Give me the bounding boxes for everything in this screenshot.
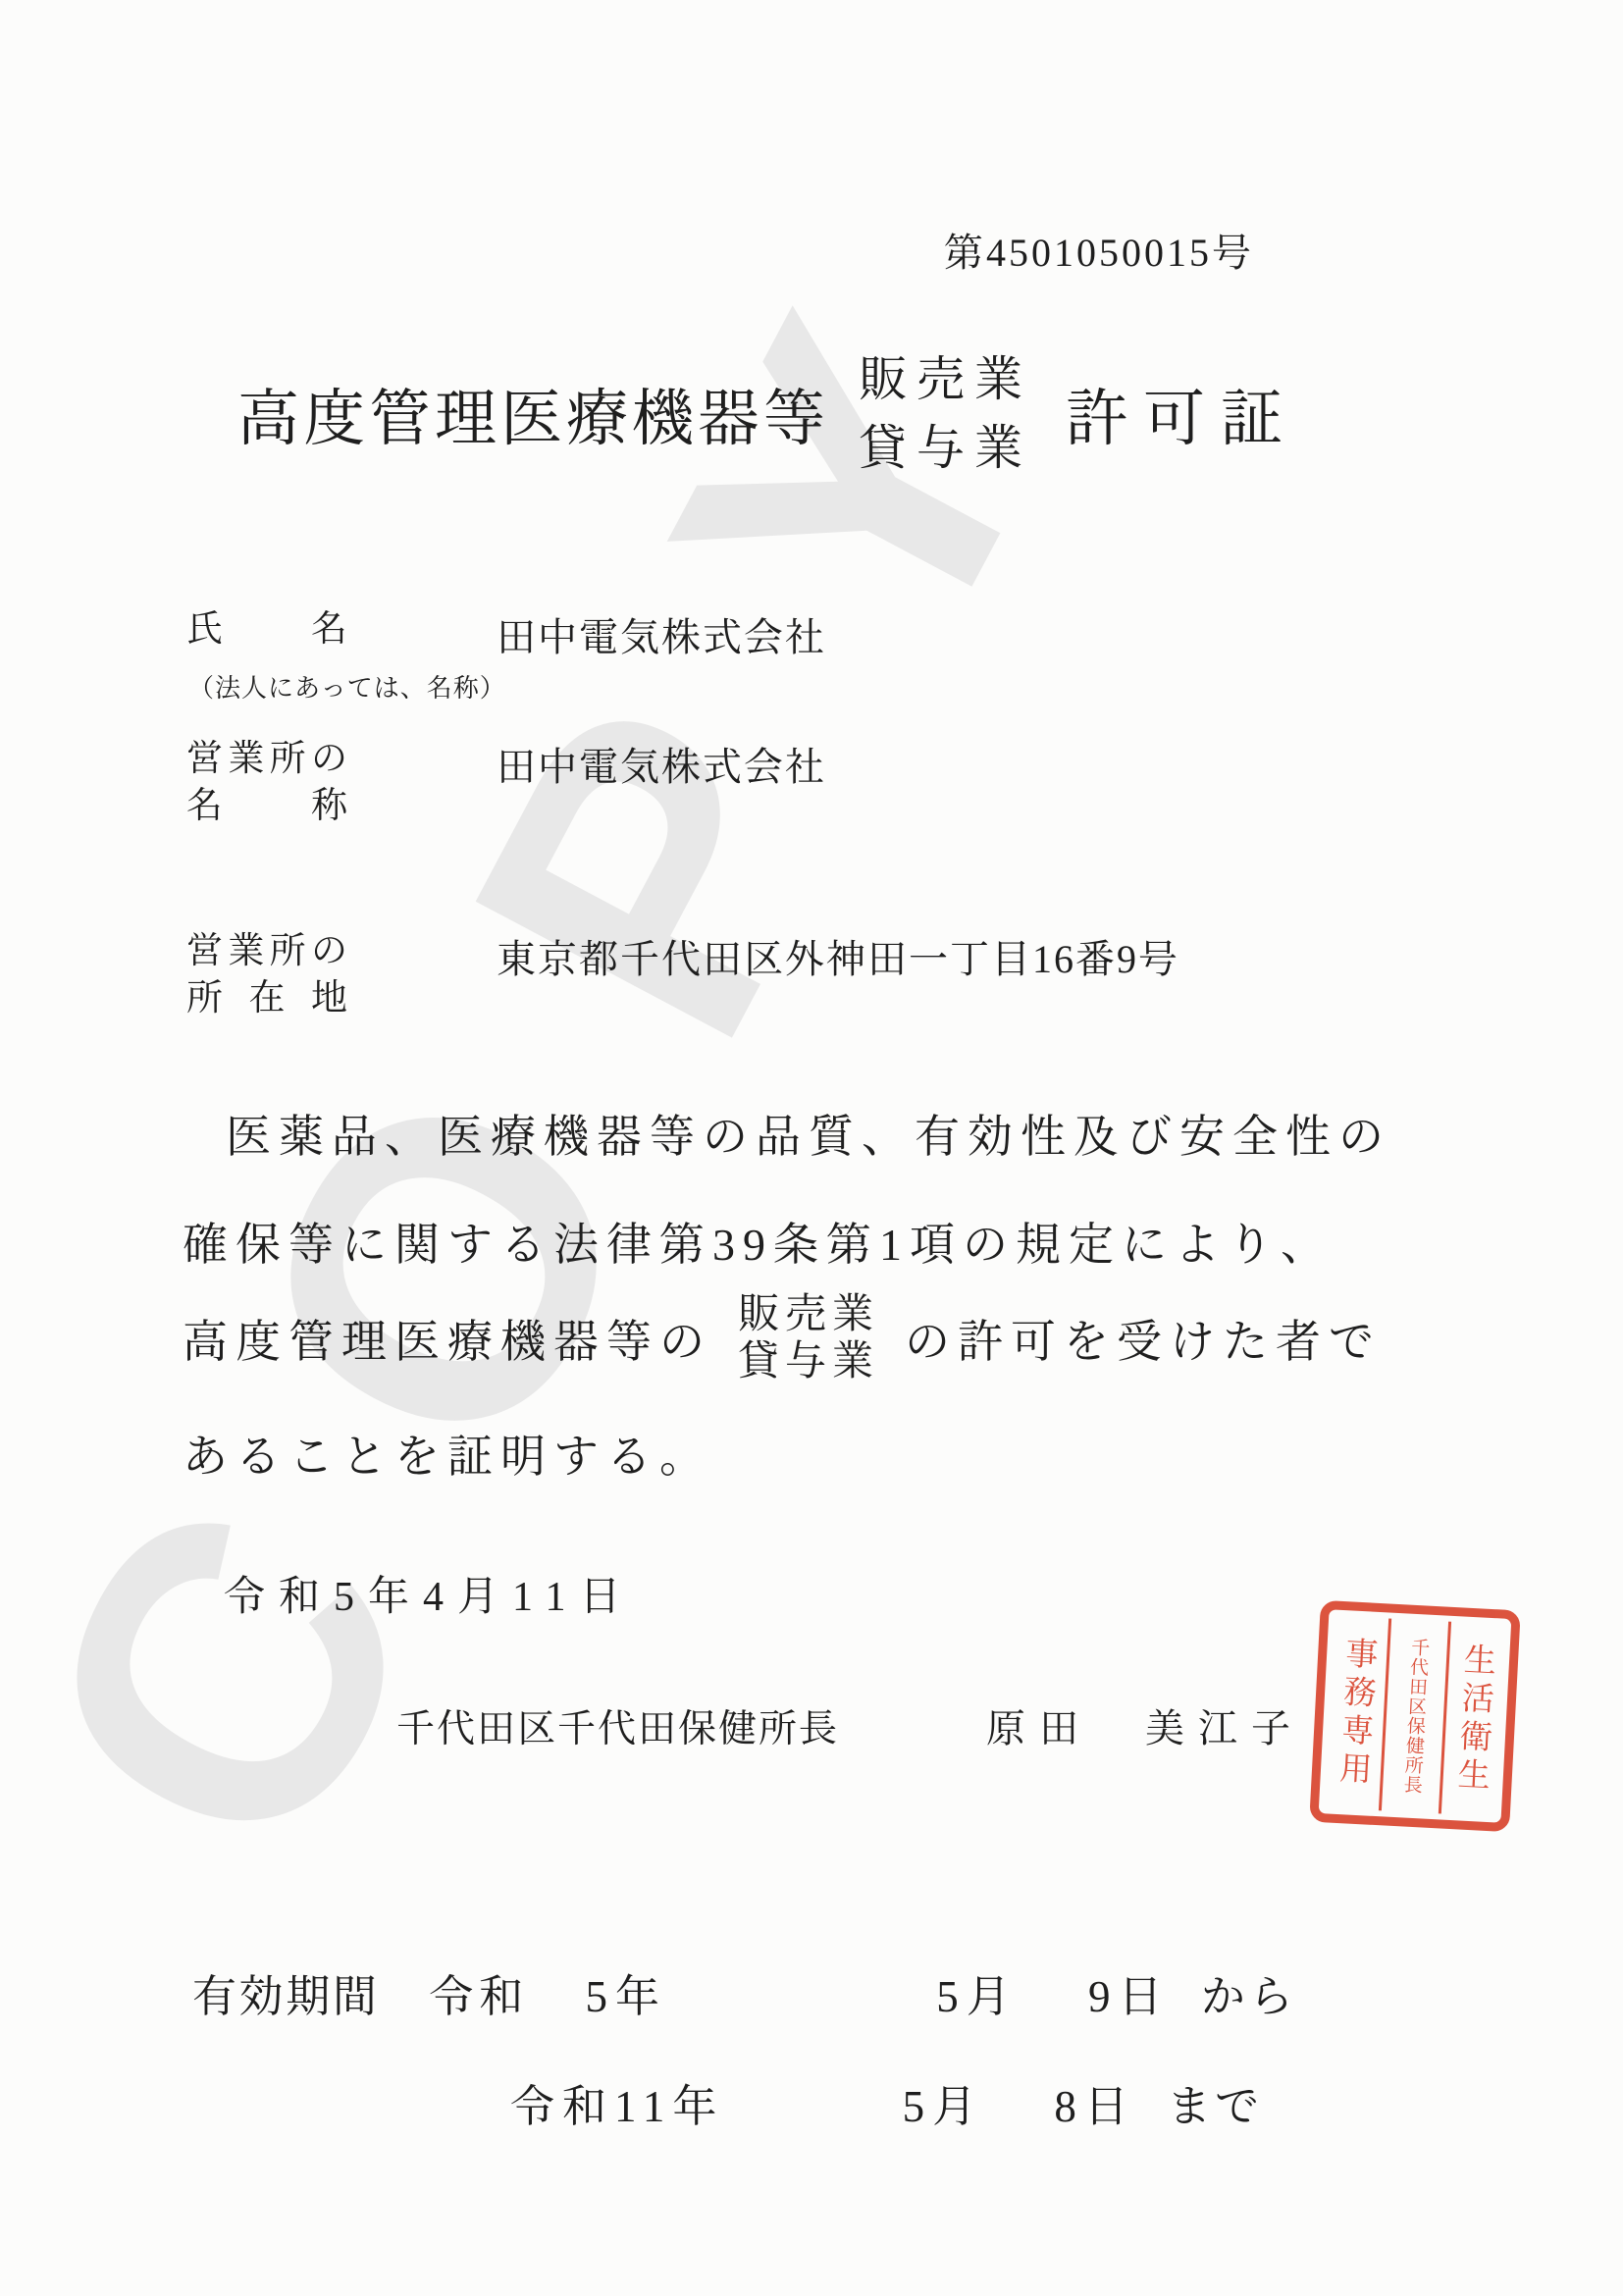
body-line-1: 医薬品、医療機器等の品質、有効性及び安全性の [183,1101,1391,1166]
title-prefix: 高度管理医療機器等 [237,369,829,458]
body-line-3-post: の許可を受けた者で [905,1306,1382,1371]
name-field-row: 氏名 田中電気株式会社 [186,606,826,662]
issuer-name: 原田 美江子 [986,1697,1304,1753]
name-field-label: 氏名 [186,606,347,653]
validity-from-suffix: から [1201,1972,1297,2021]
name-field-value: 田中電気株式会社 [497,606,826,662]
body-business-type-rental: 貸与業 [738,1338,879,1385]
validity-from-month: 5月 [936,1972,1019,2021]
issuer-line: 千代田区千代田保健所長 原田 美江子 [396,1697,1304,1753]
body-line-3-pre: 高度管理医療機器等の [183,1306,712,1371]
office-name-row: 営業所の 名称 田中電気株式会社 [186,736,826,830]
office-name-label: 営業所の 名称 [186,736,347,830]
title-suffix: 許可証 [1066,369,1298,458]
validity-from-era: 令和 [429,1972,529,2021]
office-address-label: 営業所の 所在地 [186,928,347,1022]
issuer-office: 千代田区千代田保健所長 [396,1698,839,1753]
validity-to-era-year: 令和11年 [510,2082,724,2131]
validity-from-year: 5年 [586,1972,668,2021]
validity-to-day: 8日 [1054,2082,1136,2131]
name-field-label-text: 氏名 [186,606,347,653]
business-type-stack: 販売業 貸与業 [859,345,1032,482]
office-address-value: 東京都千代田区外神田一丁目16番9号 [497,928,1179,984]
corporate-name-note: （法人にあっては、名称） [188,668,506,704]
certificate-title: 高度管理医療機器等 販売業 貸与業 許可証 [237,345,1298,482]
business-type-sales: 販売業 [859,345,1032,414]
body-line-2: 確保等に関する法律第39条第1項の規定により、 [183,1209,1334,1274]
office-address-label-line1: 営業所の [186,928,347,975]
seal-column-left: 事務専用 [1323,1615,1389,1810]
business-type-rental: 貸与業 [859,414,1032,483]
body-business-type-stack: 販売業 貸与業 [738,1291,879,1386]
certificate-page: { "watermark": { "text": "COPY", "color"… [0,0,1623,2296]
validity-to-suffix: まで [1167,2082,1263,2131]
body-line-4: あることを証明する。 [183,1421,712,1486]
validity-from-day: 9日 [1088,1972,1171,2021]
office-name-value: 田中電気株式会社 [497,736,826,792]
seal-column-right: 生活衛生 [1439,1622,1508,1817]
validity-to-row: 令和11年 5月 8日 まで [192,2070,1263,2134]
doc-number: 第4501050015号 [944,222,1254,278]
official-seal: 生活衛生 千代田区保健所長 事務専用 [1309,1600,1521,1832]
office-name-label-line1: 営業所の [186,736,347,783]
validity-to-month: 5月 [903,2082,985,2131]
office-address-row: 営業所の 所在地 東京都千代田区外神田一丁目16番9号 [186,928,1179,1022]
body-line-3: 高度管理医療機器等の 販売業 貸与業 の許可を受けた者で [183,1291,1382,1386]
issue-date: 令和5年4月11日 [224,1564,634,1623]
validity-label: 有効期間 [192,1960,377,2024]
seal-column-middle: 千代田区保健所長 [1379,1618,1448,1813]
body-business-type-sales: 販売業 [738,1291,879,1338]
office-name-label-line2: 名称 [186,783,347,830]
office-address-label-line2: 所在地 [186,975,347,1022]
validity-from-row: 有効期間 令和 5年 5月 9日 から [192,1960,1297,2024]
